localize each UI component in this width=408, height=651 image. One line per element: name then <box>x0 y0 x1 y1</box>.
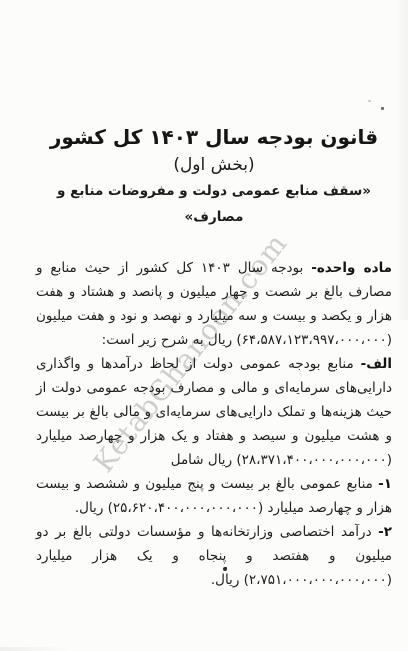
paragraph-text: درآمد اختصاصی وزارتخانه‌ها و مؤسسات دولت… <box>36 524 392 588</box>
body-text: ماده واحده- بودجه سال ۱۴۰۳ کل کشور از حی… <box>36 256 392 592</box>
scanned-document-page: KetabGhanoon.com قانون بودجه سال ۱۴۰۳ کل… <box>0 0 408 651</box>
paragraph-lead: الف- <box>361 356 392 372</box>
paragraph-text: منابع بودجه عمومی دولت از لحاظ درآمدها و… <box>36 356 392 468</box>
paragraph-lead: ۲- <box>378 524 392 540</box>
paragraph-lead: ۱- <box>378 476 392 492</box>
part-subtitle: (بخش اول) <box>36 152 392 178</box>
paragraph-single-article: ماده واحده- بودجه سال ۱۴۰۳ کل کشور از حی… <box>36 256 392 352</box>
paragraph-alef: الف- منابع بودجه عمومی دولت از لحاظ درآم… <box>36 352 392 472</box>
paragraph-lead: ماده واحده- <box>311 260 392 276</box>
paragraph-item-1: ۱- منابع عمومی بالغ بر بیست و پنج میلیون… <box>36 472 392 520</box>
page-content: قانون بودجه سال ۱۴۰۳ کل کشور (بخش اول) «… <box>0 0 408 651</box>
paragraph-text: منابع عمومی بالغ بر بیست و پنج میلیون و … <box>36 476 392 516</box>
section-heading: «سقف منابع عمومی دولت و مفروضات منابع و … <box>36 178 392 230</box>
page-title: قانون بودجه سال ۱۴۰۳ کل کشور <box>36 122 392 152</box>
paragraph-item-2: ۲- درآمد اختصاصی وزارتخانه‌ها و مؤسسات د… <box>36 520 392 592</box>
